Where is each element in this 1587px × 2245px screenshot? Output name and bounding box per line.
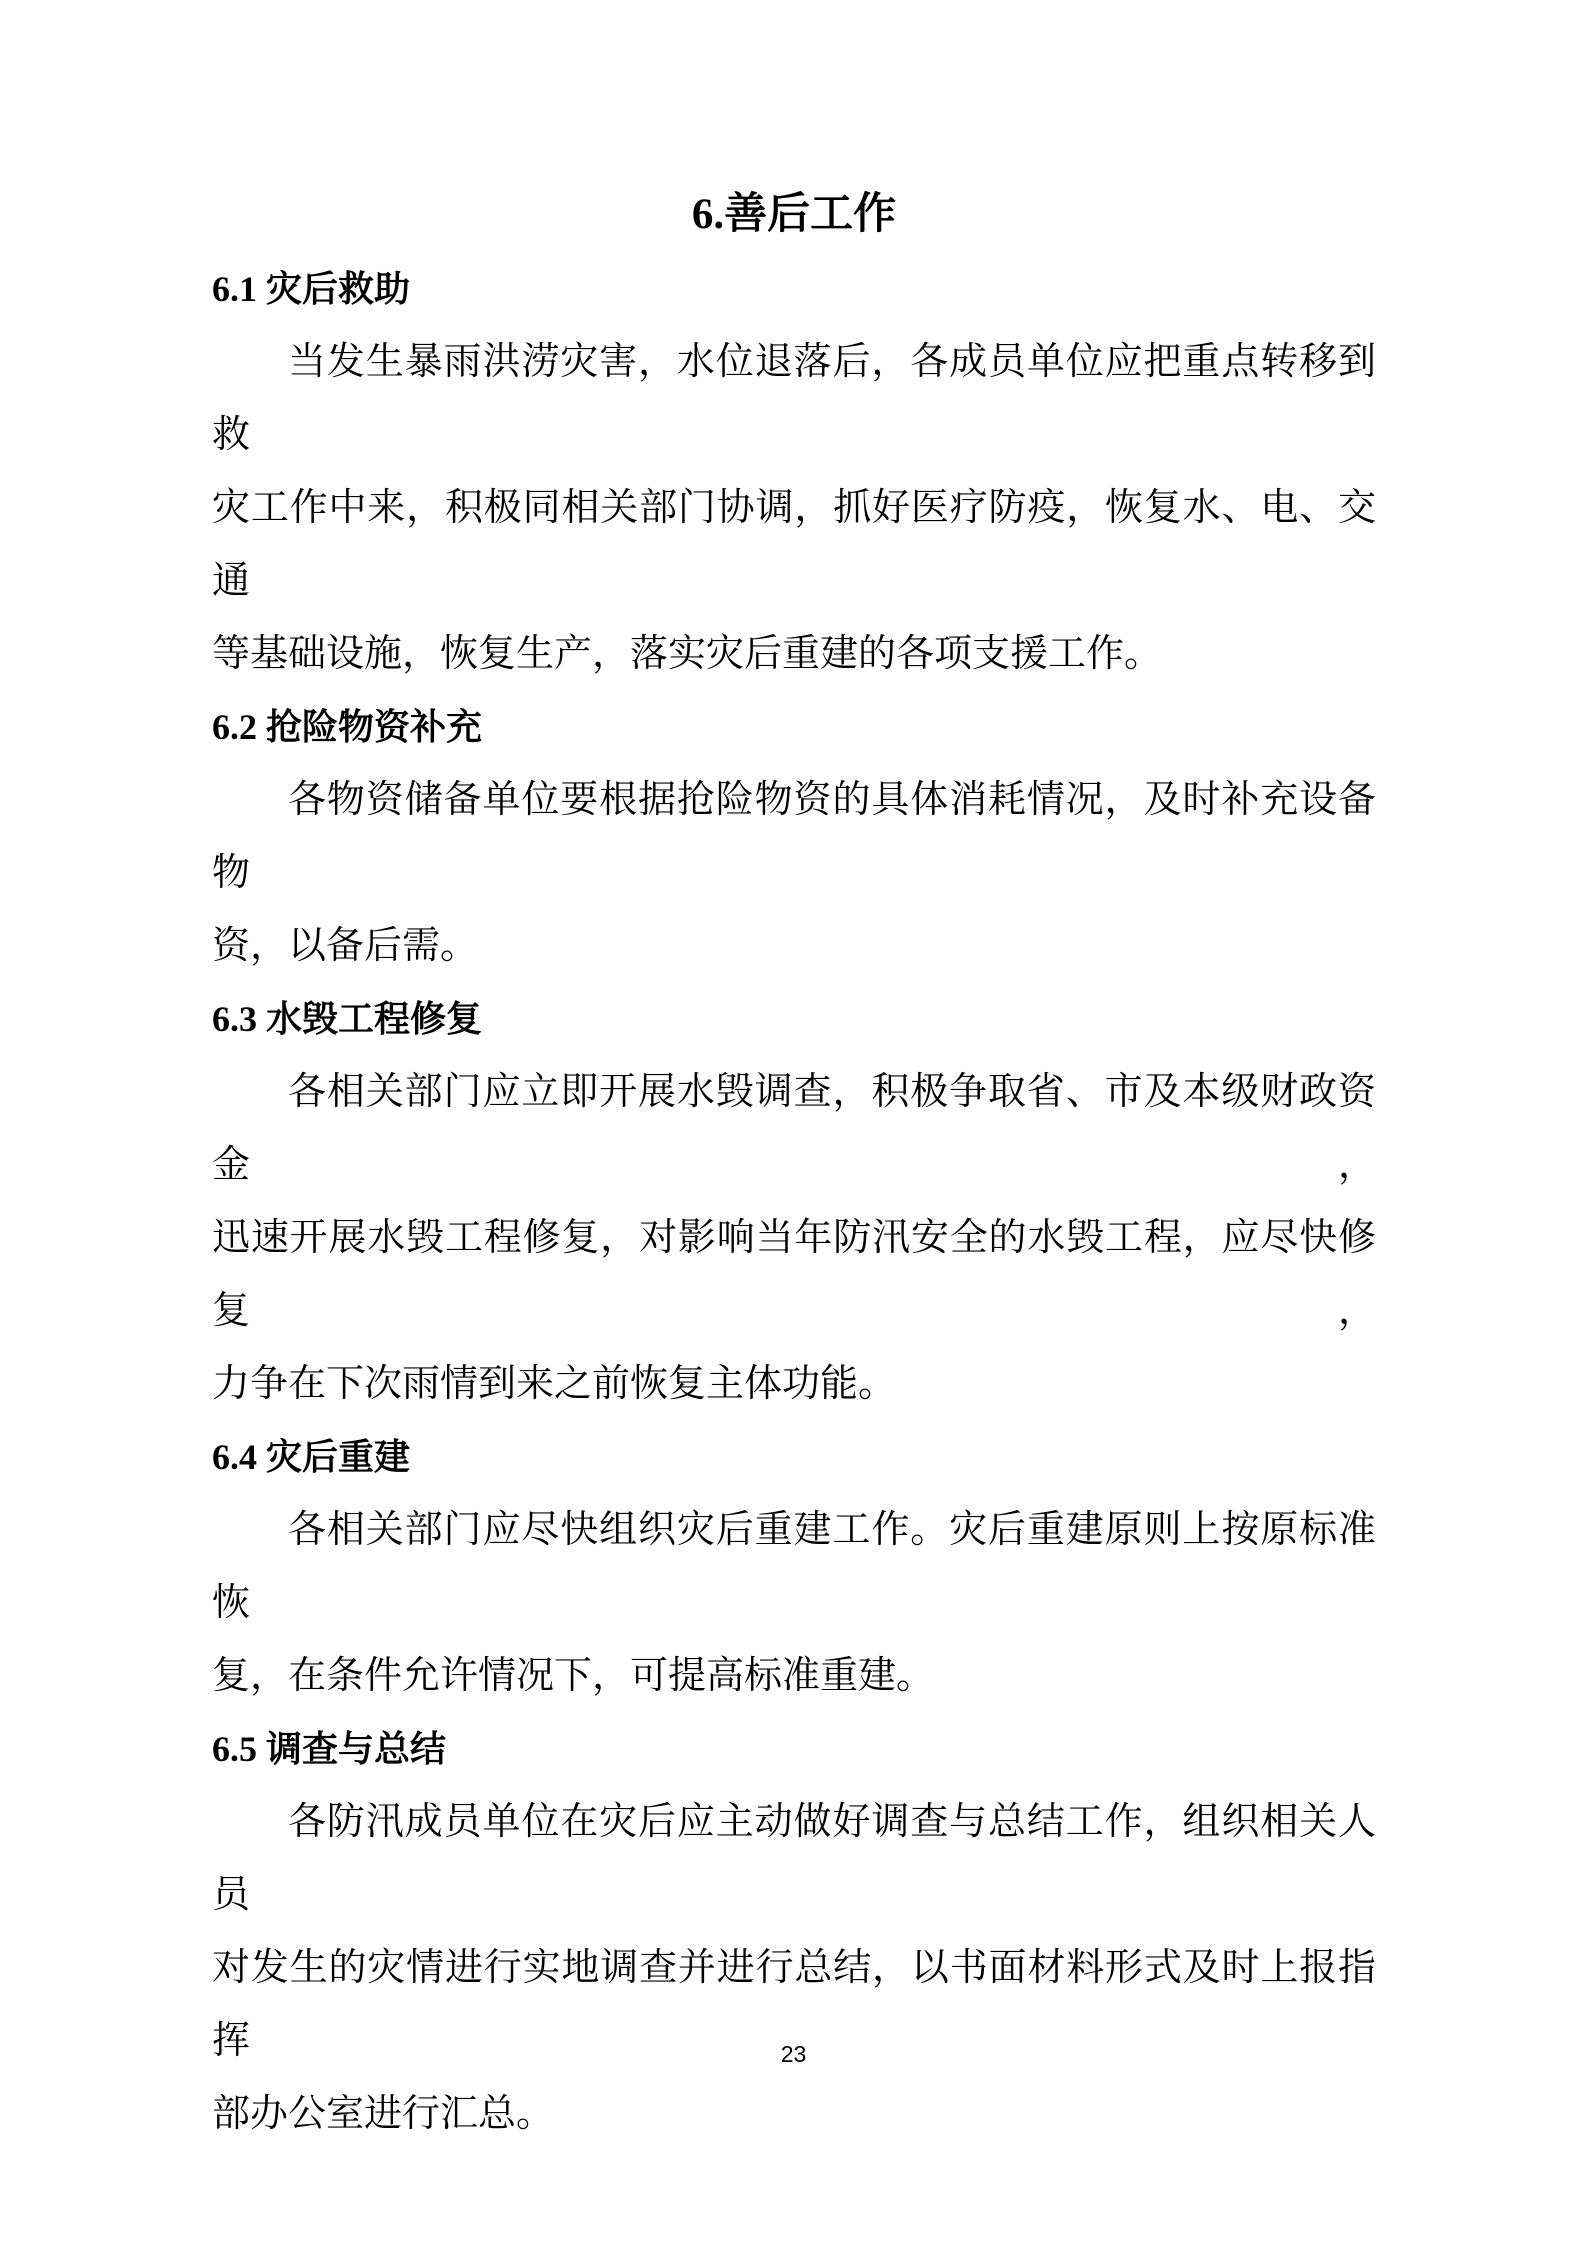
section-heading-6-3: 6.3 水毁工程修复 (212, 983, 1376, 1056)
section-heading-6-4: 6.4 灾后重建 (212, 1421, 1376, 1494)
paragraph-line: 力争在下次雨情到来之前恢复主体功能。 (212, 1348, 1376, 1421)
paragraph-line: 各相关部门应尽快组织灾后重建工作。灾后重建原则上按原标准恢 (212, 1494, 1376, 1640)
page-number: 23 (0, 2040, 1587, 2068)
section-heading-6-2: 6.2 抢险物资补充 (212, 691, 1376, 764)
document-page: 6.善后工作 6.1 灾后救助 当发生暴雨洪涝灾害，水位退落后，各成员单位应把重… (0, 0, 1587, 2245)
paragraph-line: 各物资储备单位要根据抢险物资的具体消耗情况，及时补充设备物 (212, 764, 1376, 910)
section-heading-6-1: 6.1 灾后救助 (212, 253, 1376, 326)
section-heading-6-5: 6.5 调查与总结 (212, 1713, 1376, 1786)
document-title: 6.善后工作 (212, 177, 1376, 253)
paragraph-line: 迅速开展水毁工程修复，对影响当年防汛安全的水毁工程，应尽快修复， (212, 1202, 1376, 1348)
paragraph-line: 当发生暴雨洪涝灾害，水位退落后，各成员单位应把重点转移到救 (212, 326, 1376, 472)
paragraph-line: 各防汛成员单位在灾后应主动做好调查与总结工作，组织相关人员 (212, 1786, 1376, 1932)
paragraph-line: 灾工作中来，积极同相关部门协调，抓好医疗防疫，恢复水、电、交通 (212, 472, 1376, 618)
document-content: 6.善后工作 6.1 灾后救助 当发生暴雨洪涝灾害，水位退落后，各成员单位应把重… (212, 177, 1376, 2151)
paragraph-line: 资，以备后需。 (212, 910, 1376, 983)
paragraph-line: 等基础设施，恢复生产，落实灾后重建的各项支援工作。 (212, 618, 1376, 691)
paragraph-line: 复，在条件允许情况下，可提高标准重建。 (212, 1640, 1376, 1713)
paragraph-line: 各相关部门应立即开展水毁调查，积极争取省、市及本级财政资金， (212, 1056, 1376, 1202)
paragraph-line: 部办公室进行汇总。 (212, 2078, 1376, 2151)
